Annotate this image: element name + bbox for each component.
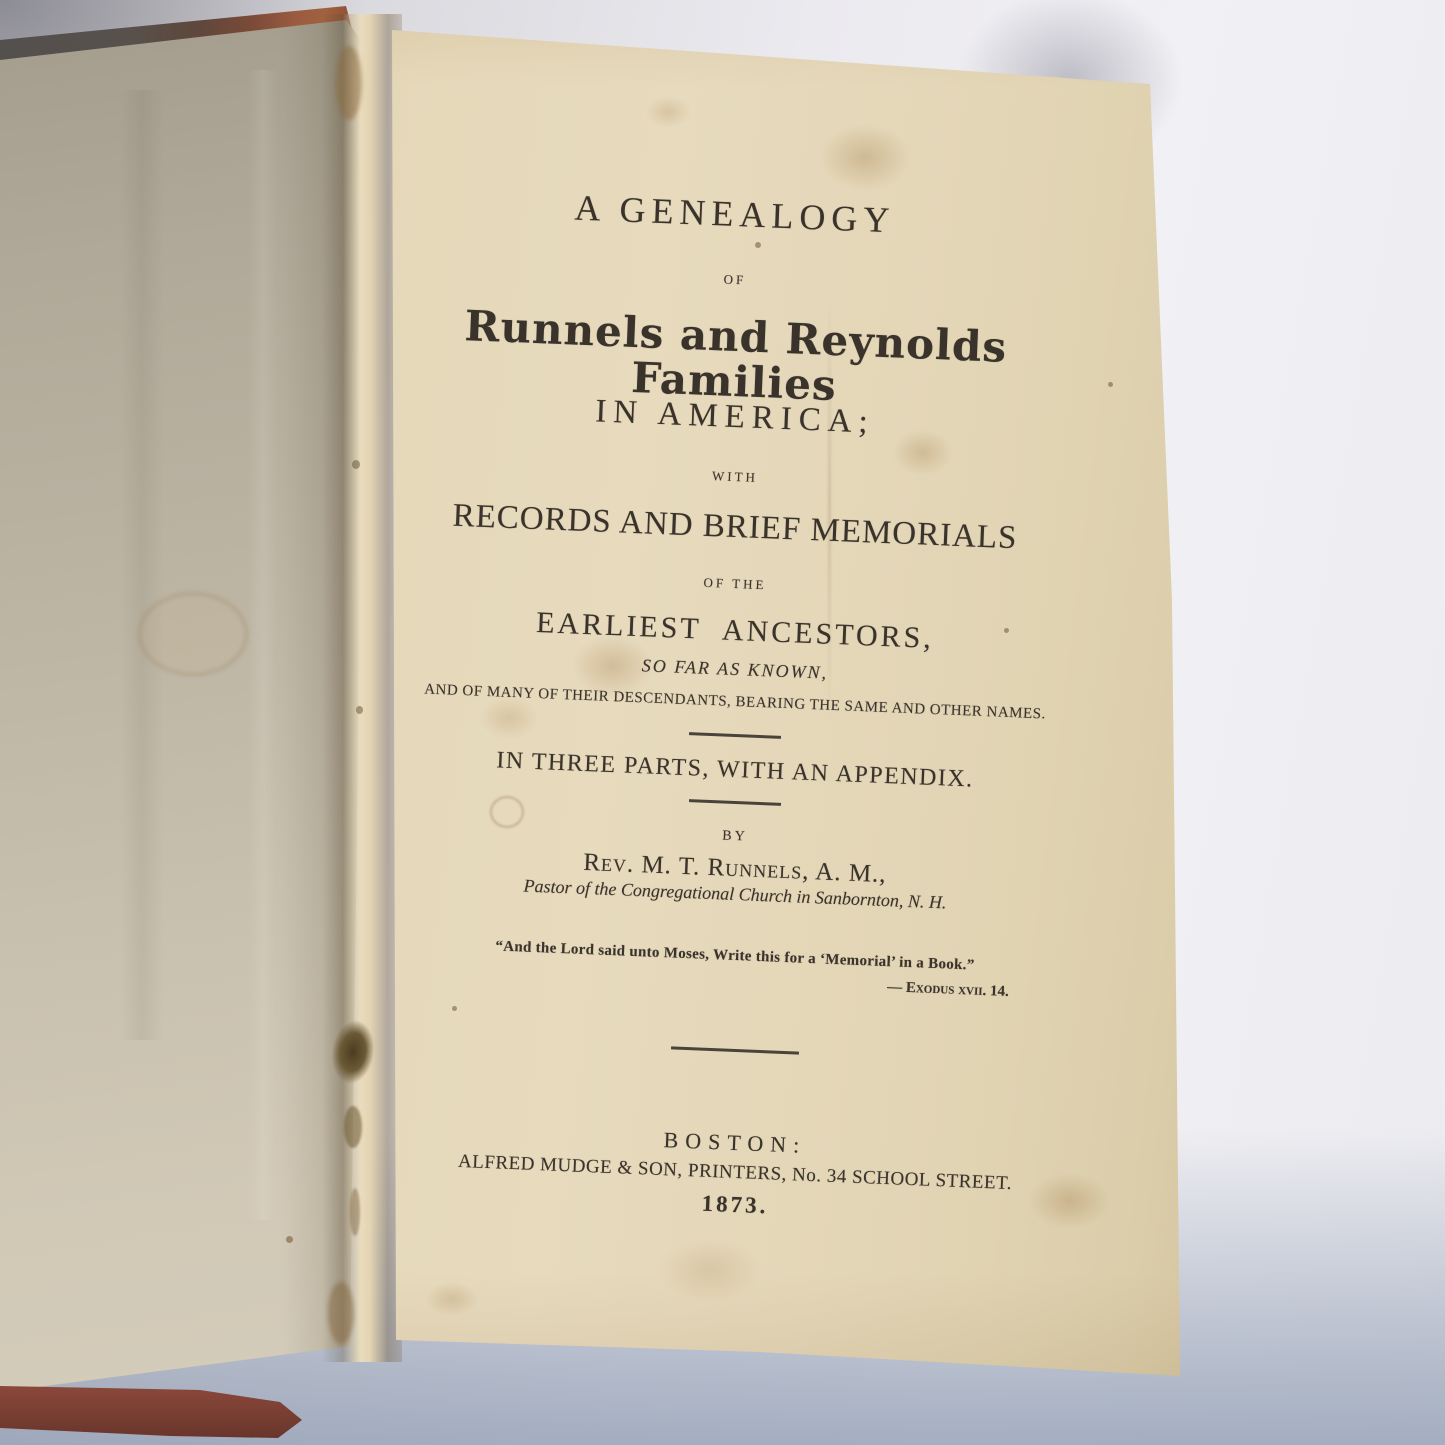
gutter-damage [350, 1188, 360, 1236]
book-title: A GENEALOGY [380, 181, 1091, 248]
title-page-text: A GENEALOGY OF Runnels and Reynolds Fami… [380, 0, 1090, 1445]
left-page-crease [120, 90, 164, 1040]
ring-stain [138, 592, 248, 676]
parts-line: IN THREE PARTS, WITH AN APPENDIX. [380, 744, 1090, 798]
gutter-damage [344, 1106, 362, 1148]
gutter-damage [356, 706, 363, 714]
with-label: WITH [380, 456, 1090, 499]
foxing-dot [1108, 382, 1113, 387]
foxing-dot [286, 1236, 293, 1243]
book-photograph: A GENEALOGY OF Runnels and Reynolds Fami… [0, 0, 1445, 1445]
gutter-damage [336, 46, 362, 120]
book-cover-bottom-edge [0, 1380, 310, 1445]
divider-rule [689, 732, 781, 739]
of-label: OF [380, 259, 1090, 302]
gutter-damage [328, 1282, 354, 1344]
divider-rule [689, 799, 781, 806]
left-page-crease [248, 70, 278, 1220]
records-line: RECORDS AND BRIEF MEMORIALS [380, 496, 1091, 560]
divider-rule [671, 1046, 799, 1054]
gutter-damage [352, 460, 360, 469]
of-the-label: OF THE [380, 563, 1090, 606]
